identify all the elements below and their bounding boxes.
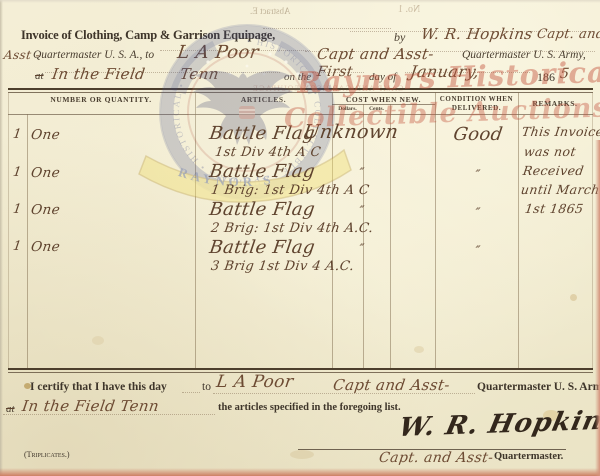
- scan-edge-right: [595, 140, 600, 476]
- row-article: Battle Flag: [208, 237, 316, 258]
- remark-line: until March: [520, 182, 600, 197]
- row-article: Battle Flag: [208, 161, 316, 182]
- row-article-detail: 1 Brig: 1st Div 4th A C: [210, 183, 370, 198]
- row-figure: 1: [12, 165, 23, 180]
- remark-line: Received: [522, 163, 585, 178]
- row-quantity: One: [30, 239, 61, 255]
- remark-line: was not: [523, 144, 577, 159]
- scanned-invoice-document: Abstract E. No. 1 CAMP AND GARRISON EQUI…: [0, 0, 600, 476]
- row-figure: 1: [12, 239, 23, 254]
- row-condition-ditto: ″: [474, 244, 481, 259]
- row-cost-ditto: ″: [358, 204, 365, 219]
- row-quantity: One: [30, 202, 61, 218]
- row-quantity: One: [30, 165, 61, 181]
- row-cost-ditto: ″: [358, 166, 365, 181]
- remark-line: This Invoice: [521, 124, 600, 139]
- row-cost-ditto: ″: [358, 242, 365, 257]
- row-condition-ditto: ″: [474, 206, 481, 221]
- row-quantity: One: [30, 127, 61, 143]
- row-article-detail: 3 Brig 1st Div 4 A.C.: [210, 259, 355, 274]
- remark-line: 1st 1865: [524, 201, 584, 216]
- row-article-detail: 1st Div 4th A C: [214, 145, 322, 160]
- scan-edge-bottom: [0, 468, 600, 476]
- row-article-detail: 2 Brig: 1st Div 4th A.C.: [210, 221, 374, 236]
- row-condition-ditto: ″: [474, 168, 481, 183]
- row-figure: 1: [12, 127, 23, 142]
- row-figure: 1: [12, 202, 23, 217]
- row-article: Battle Flag: [208, 199, 316, 220]
